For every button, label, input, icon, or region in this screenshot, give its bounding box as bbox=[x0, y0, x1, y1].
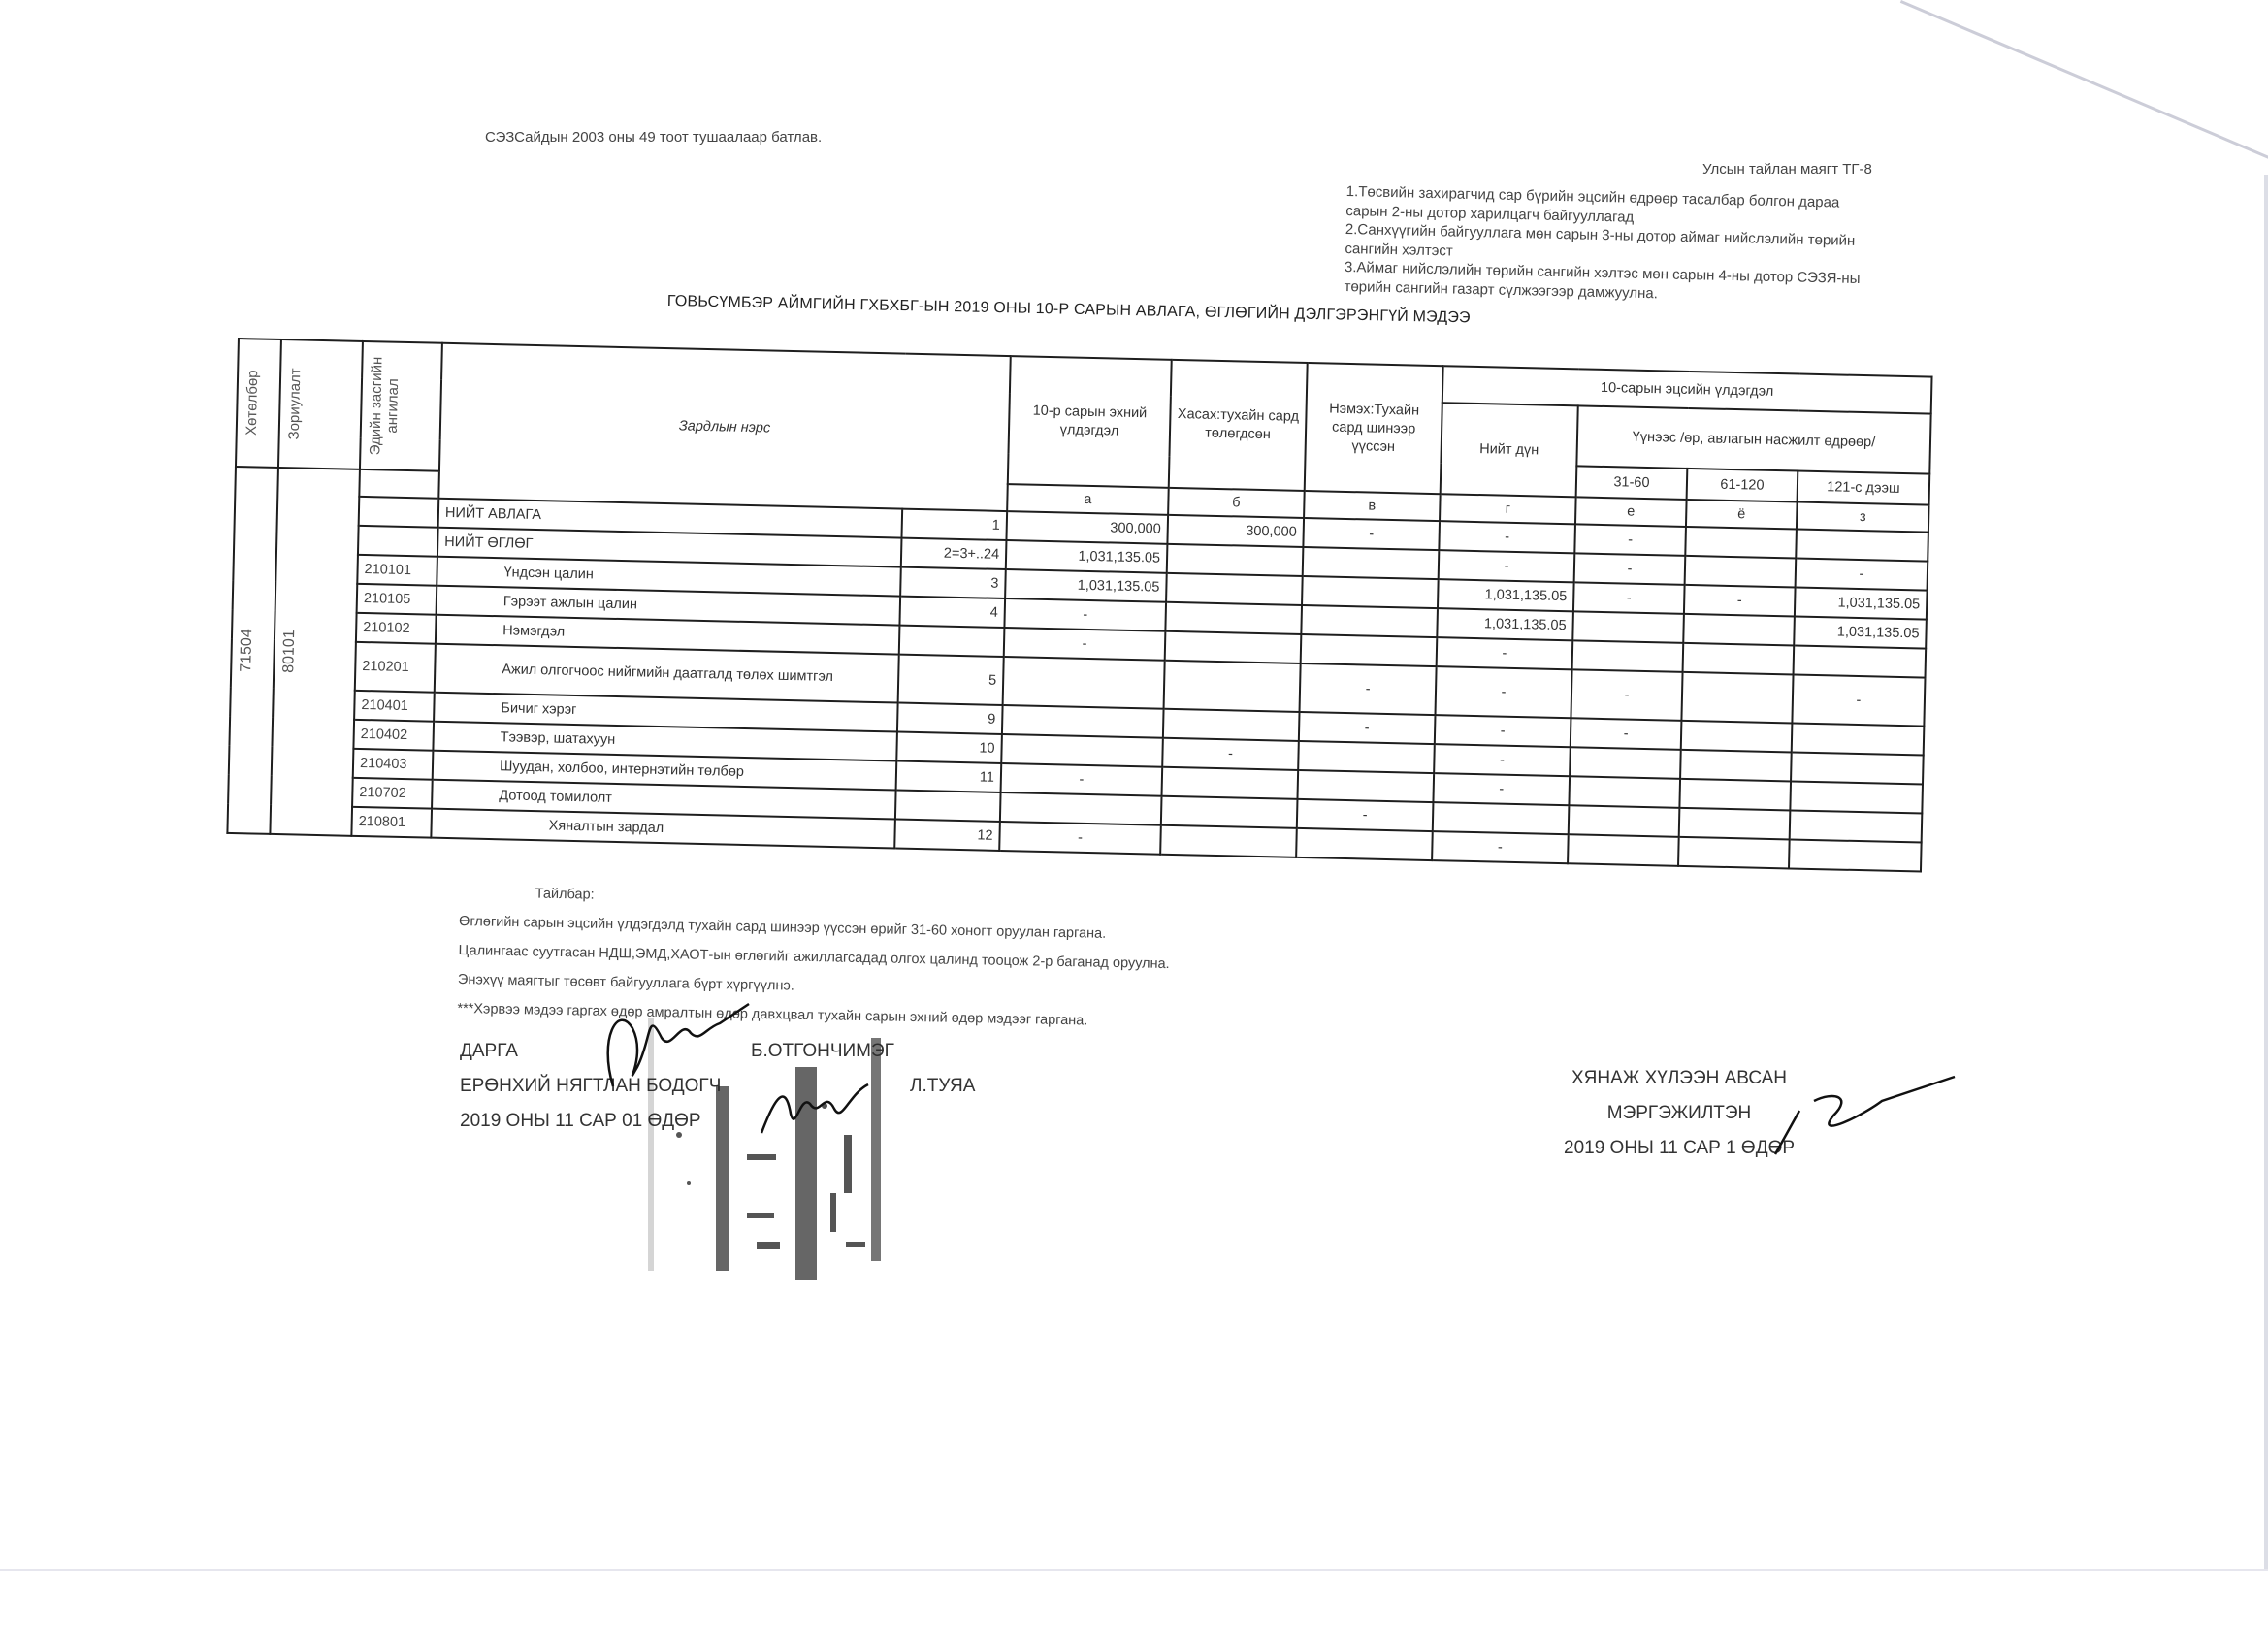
value-cell-e: - bbox=[1573, 582, 1685, 614]
value-cell-b bbox=[1165, 631, 1302, 663]
value-cell-e bbox=[1568, 834, 1679, 866]
value-cell-z bbox=[1790, 781, 1923, 813]
value-cell-g: 1,031,135.05 bbox=[1438, 579, 1574, 611]
header-aging-61-120: 61-120 bbox=[1687, 469, 1798, 502]
column-letter: г bbox=[1440, 494, 1576, 524]
scanned-document-page: СЭЗСайдын 2003 оны 49 тоот тушаалаар бат… bbox=[0, 0, 2268, 1649]
value-cell-yo bbox=[1681, 721, 1793, 753]
line-number-cell: 11 bbox=[896, 761, 1002, 792]
value-cell-g: - bbox=[1439, 550, 1575, 582]
line-number-cell: 2=3+..24 bbox=[901, 538, 1007, 569]
column-letter: з bbox=[1797, 502, 1929, 533]
notes-section: Тайлбар: Өглөгийн сарын эцсийн үлдэгдэлд… bbox=[457, 878, 1171, 1037]
approval-line: СЭЗСайдын 2003 оны 49 тоот тушаалаар бат… bbox=[485, 129, 822, 145]
value-cell-v bbox=[1297, 770, 1434, 802]
reviewer-line-1: ХЯНАЖ ХҮЛЭЭН АВСАН bbox=[1564, 1061, 1795, 1096]
value-cell-yo bbox=[1679, 779, 1791, 811]
value-cell-g: - bbox=[1435, 666, 1571, 718]
value-cell-z bbox=[1790, 810, 1923, 842]
scan-fold-line bbox=[1900, 0, 2268, 162]
value-cell-g bbox=[1433, 802, 1570, 834]
value-cell-a bbox=[1002, 705, 1164, 738]
line-number-cell: 5 bbox=[898, 655, 1004, 705]
header-econ-class: Эдийн засгийн ангилал bbox=[360, 341, 442, 471]
value-cell-v: - bbox=[1297, 799, 1434, 831]
value-cell-a: - bbox=[1004, 628, 1166, 661]
value-cell-e bbox=[1569, 776, 1680, 808]
signature-block-left: ДАРГАБ.ОТГОНЧИМЭГ ЕРӨНХИЙ НЯГТЛАН БОДОГЧ… bbox=[460, 1034, 721, 1139]
value-cell-e bbox=[1572, 640, 1684, 672]
value-cell-e: - bbox=[1574, 524, 1686, 556]
header-total: Нийт дүн bbox=[1441, 403, 1578, 497]
value-cell-g: - bbox=[1432, 831, 1569, 863]
value-cell-z: - bbox=[1796, 559, 1928, 591]
value-cell-v bbox=[1302, 576, 1439, 608]
econ-code-cell: 210201 bbox=[355, 642, 436, 693]
value-cell-yo bbox=[1683, 643, 1795, 675]
line-number-cell: 10 bbox=[896, 732, 1002, 763]
value-cell-z bbox=[1789, 839, 1922, 871]
value-cell-e bbox=[1570, 747, 1681, 779]
value-cell-b bbox=[1161, 796, 1298, 828]
econ-code-cell bbox=[358, 526, 438, 557]
value-cell-z: 1,031,135.05 bbox=[1794, 616, 1927, 648]
value-cell-e: - bbox=[1571, 718, 1682, 750]
accountant-title: ЕРӨНХИЙ НЯГТЛАН БОДОГЧ bbox=[460, 1076, 721, 1096]
form-code: Улсын тайлан маягт ТГ-8 bbox=[1702, 161, 1872, 178]
value-cell-g: - bbox=[1439, 521, 1575, 553]
econ-code-cell: 210105 bbox=[357, 584, 437, 615]
value-cell-yo bbox=[1679, 808, 1791, 840]
value-cell-e bbox=[1572, 611, 1684, 643]
column-letter: в bbox=[1304, 491, 1441, 521]
value-cell-b bbox=[1160, 825, 1297, 857]
purpose-code-cell: 80101 bbox=[270, 468, 360, 836]
accountant-name: Л.ТУЯА bbox=[910, 1069, 975, 1104]
value-cell-z bbox=[1796, 530, 1928, 562]
value-cell-g: 1,031,135.05 bbox=[1437, 608, 1573, 640]
value-cell-z: - bbox=[1792, 674, 1925, 726]
value-cell-b bbox=[1163, 709, 1300, 741]
value-cell-g: - bbox=[1435, 715, 1571, 747]
header-purpose: Зориулалт bbox=[278, 339, 363, 469]
econ-code-cell: 210403 bbox=[353, 749, 434, 780]
header-new: Нэмэх:Тухайн сард шинээр үүссэн bbox=[1305, 363, 1443, 494]
value-cell-b bbox=[1165, 602, 1302, 634]
value-cell-z bbox=[1792, 723, 1925, 755]
value-cell-z: 1,031,135.05 bbox=[1795, 587, 1928, 619]
column-letter: б bbox=[1168, 488, 1305, 518]
header-paid: Хасах:тухайн сард төлөгдсөн bbox=[1169, 360, 1308, 491]
value-cell-g: - bbox=[1434, 744, 1571, 776]
header-opening-balance: 10-р сарын эхний үлдэгдэл bbox=[1008, 356, 1172, 488]
value-cell-v bbox=[1301, 634, 1438, 666]
line-number-cell: 4 bbox=[899, 597, 1005, 628]
value-cell-yo bbox=[1685, 556, 1797, 588]
econ-code-cell: 210101 bbox=[357, 555, 437, 586]
accountant-signature-icon bbox=[757, 1075, 873, 1143]
line-number-cell: 12 bbox=[894, 820, 1000, 851]
value-cell-a: 300,000 bbox=[1006, 511, 1168, 544]
value-cell-yo bbox=[1683, 614, 1795, 646]
value-cell-z bbox=[1791, 752, 1924, 784]
value-cell-yo: - bbox=[1684, 585, 1796, 617]
value-cell-v bbox=[1303, 547, 1440, 579]
value-cell-yo bbox=[1681, 672, 1793, 724]
econ-code-cell: 210402 bbox=[353, 720, 434, 751]
value-cell-v bbox=[1301, 605, 1438, 637]
value-cell-a: 1,031,135.05 bbox=[1005, 569, 1167, 602]
line-number-cell bbox=[895, 791, 1001, 822]
director-name: Б.ОТГОНЧИМЭГ bbox=[751, 1034, 894, 1069]
value-cell-yo bbox=[1680, 750, 1792, 782]
value-cell-g: - bbox=[1433, 773, 1570, 805]
header-expense-name: Зардлын нэрс bbox=[438, 343, 1010, 511]
value-cell-b: 300,000 bbox=[1167, 515, 1304, 547]
reviewer-line-2: МЭРГЭЖИЛТЭН bbox=[1564, 1096, 1795, 1131]
value-cell-a bbox=[1001, 734, 1163, 767]
value-cell-v bbox=[1296, 828, 1433, 860]
signing-date: 2019 ОНЫ 11 САР 01 ӨДӨР bbox=[460, 1111, 701, 1131]
value-cell-a bbox=[1003, 657, 1165, 709]
header-aging-group: Үүнээс /өр, авлагын насжилт өдрөөр/ bbox=[1576, 405, 1930, 473]
value-cell-a: - bbox=[1001, 763, 1163, 796]
director-title: ДАРГА bbox=[460, 1041, 518, 1061]
header-program: Хөтөлбөр bbox=[236, 339, 281, 468]
value-cell-b: - bbox=[1162, 738, 1299, 770]
value-cell-a: - bbox=[999, 822, 1161, 855]
value-cell-g: - bbox=[1437, 637, 1573, 669]
value-cell-z bbox=[1794, 645, 1927, 677]
value-cell-b bbox=[1167, 544, 1304, 576]
econ-code-cell: 210102 bbox=[356, 613, 437, 644]
econ-code-cell: 210401 bbox=[354, 691, 435, 722]
value-cell-e bbox=[1569, 805, 1680, 837]
scan-bottom-edge bbox=[0, 1569, 2268, 1571]
header-aging-121-plus: 121-с дээш bbox=[1798, 471, 1930, 505]
value-cell-a: 1,031,135.05 bbox=[1006, 540, 1168, 573]
value-cell-a: - bbox=[1004, 598, 1166, 631]
econ-code-cell: 210702 bbox=[352, 778, 433, 809]
reviewer-date: 2019 ОНЫ 11 САР 1 ӨДӨР bbox=[1564, 1131, 1795, 1166]
econ-code-cell bbox=[359, 497, 439, 528]
value-cell-b bbox=[1164, 661, 1301, 712]
value-cell-e: - bbox=[1574, 553, 1686, 585]
report-table-wrapper: Хөтөлбөр Зориулалт Эдийн засгийн ангилал… bbox=[226, 338, 1932, 873]
value-cell-yo bbox=[1685, 527, 1797, 559]
report-table: Хөтөлбөр Зориулалт Эдийн засгийн ангилал… bbox=[226, 338, 1932, 873]
instructions: 1.Төсвийн захирагчид сар бүрийн эцсийн ө… bbox=[1344, 182, 1966, 309]
line-number-cell: 1 bbox=[901, 509, 1007, 540]
column-letter: а bbox=[1007, 484, 1169, 515]
line-number-cell: 3 bbox=[900, 567, 1006, 598]
value-cell-a bbox=[1000, 792, 1162, 825]
value-cell-e: - bbox=[1571, 669, 1682, 721]
value-cell-b bbox=[1166, 573, 1303, 605]
column-letter: е bbox=[1575, 497, 1687, 527]
scan-edge bbox=[2264, 175, 2268, 1571]
value-cell-v: - bbox=[1299, 712, 1436, 744]
document-title: ГОВЬСҮМБЭР АЙМГИЙН ГХБХБГ-ЫН 2019 ОНЫ 10… bbox=[667, 293, 1471, 327]
column-letter: ё bbox=[1686, 500, 1798, 530]
line-number-cell bbox=[899, 626, 1005, 657]
signature-block-right: ХЯНАЖ ХҮЛЭЭН АВСАН МЭРГЭЖИЛТЭН 2019 ОНЫ … bbox=[1564, 1061, 1795, 1166]
value-cell-b bbox=[1162, 767, 1299, 799]
value-cell-v bbox=[1298, 741, 1435, 773]
value-cell-yo bbox=[1678, 837, 1790, 869]
header-aging-31-60: 31-60 bbox=[1576, 466, 1688, 500]
value-cell-v: - bbox=[1303, 518, 1440, 550]
econ-code-cell: 210801 bbox=[351, 807, 432, 838]
line-number-cell: 9 bbox=[897, 703, 1003, 734]
value-cell-v: - bbox=[1300, 663, 1437, 715]
